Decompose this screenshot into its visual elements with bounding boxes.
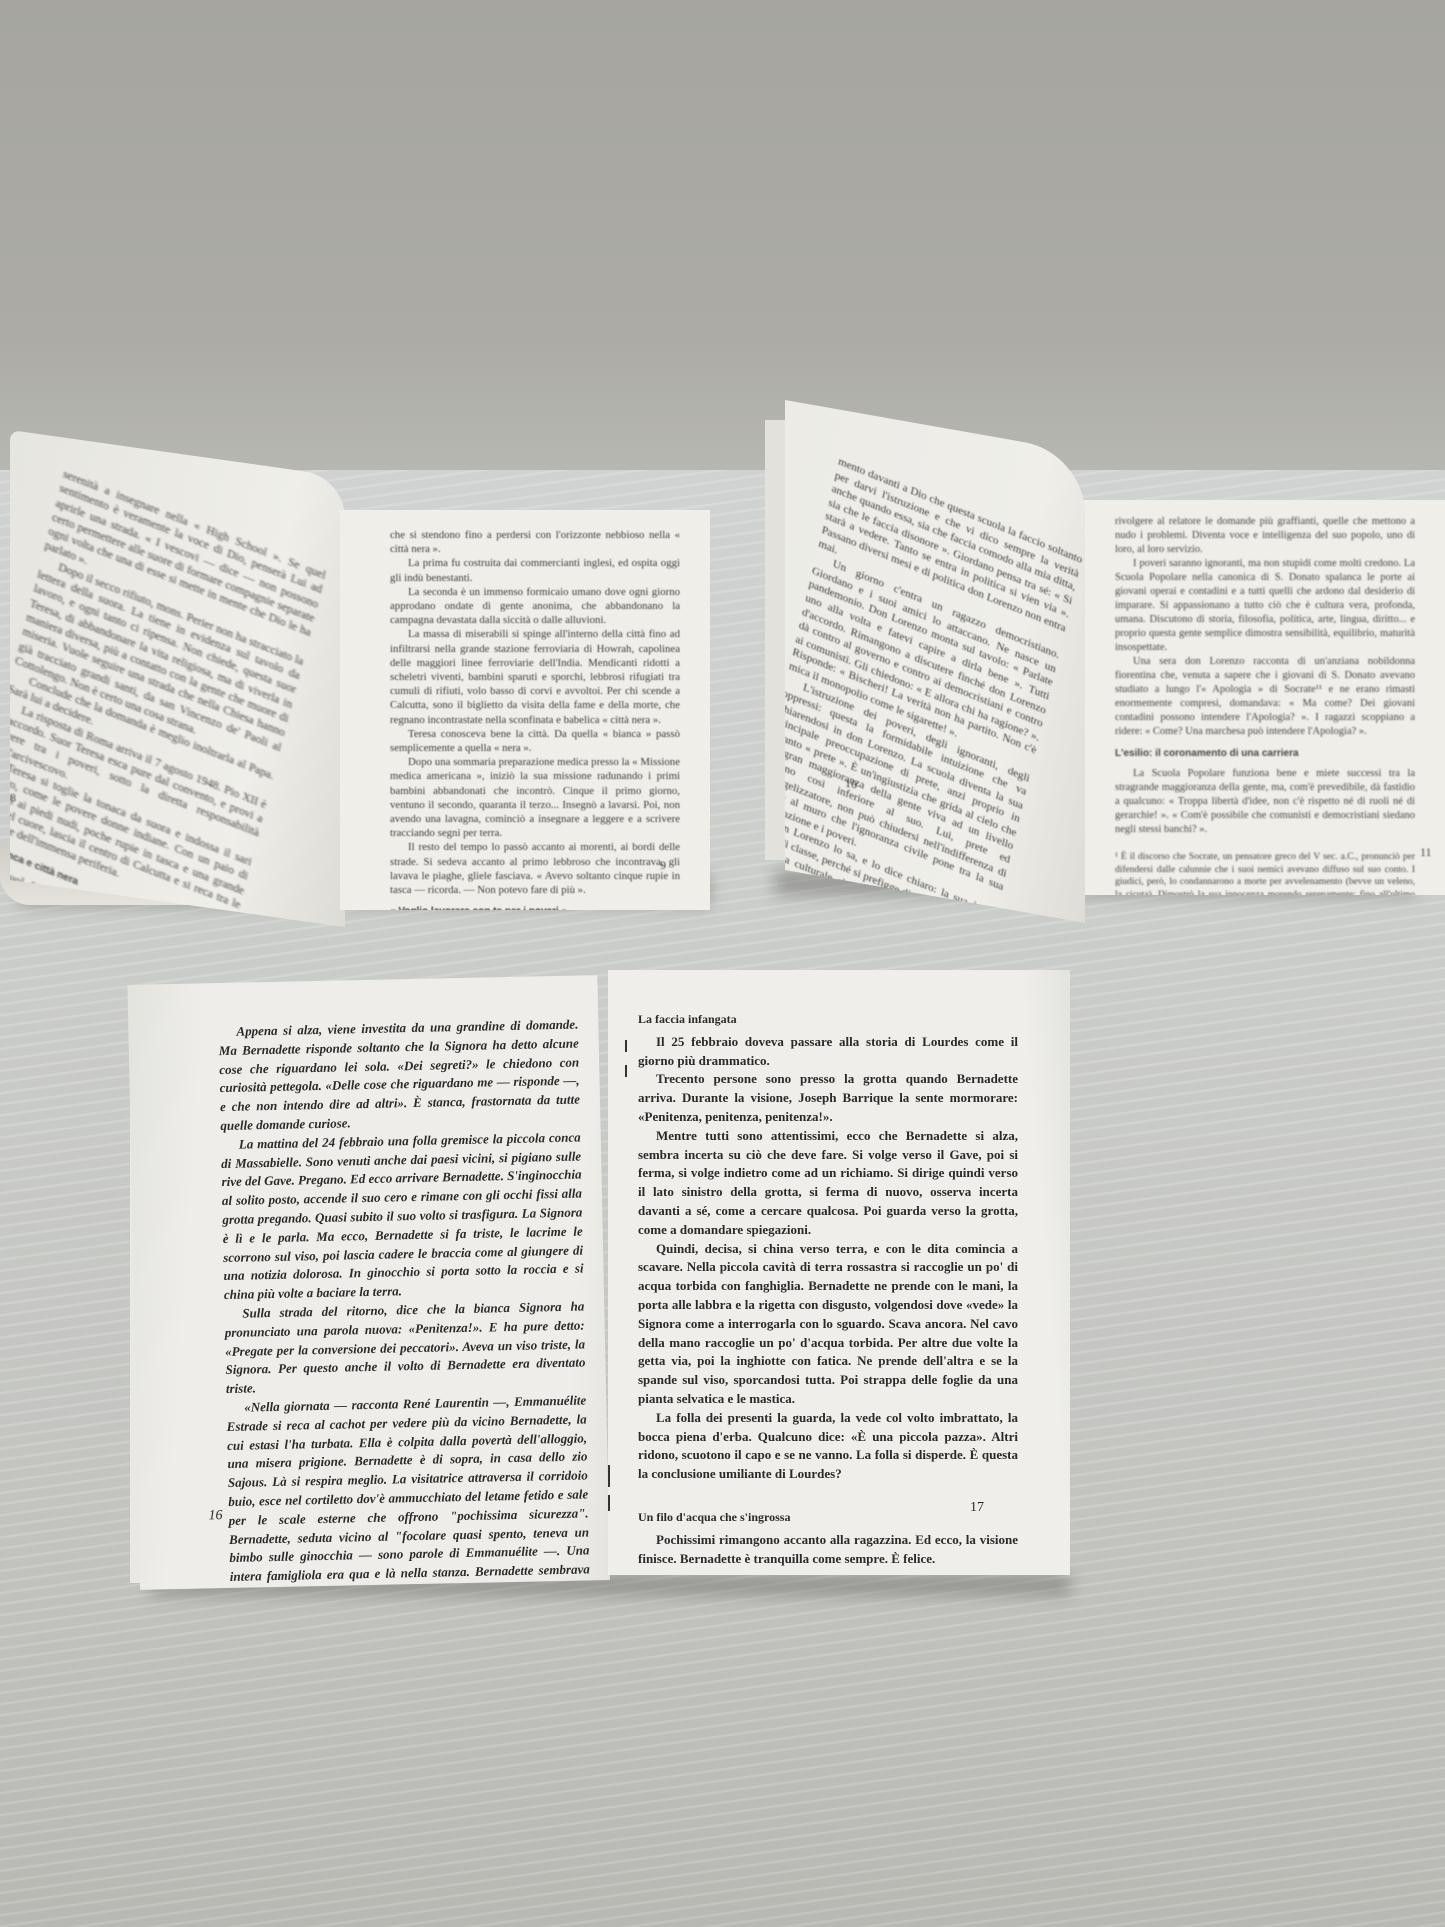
- page-right: rivolgere al relatore le domande più gra…: [1065, 500, 1445, 895]
- paragraph: Sulla strada del ritorno, dice che la bi…: [224, 1297, 586, 1399]
- section-heading: « Voglio lavorare con te per i poveri »: [390, 905, 680, 910]
- paragraph: che si stendono fino a perdersi con l'or…: [390, 528, 680, 556]
- paragraph: Pochissimi rimangono accanto alla ragazz…: [638, 1531, 1018, 1569]
- paragraph: Mentre tutti sono attentissimi, ecco che…: [638, 1127, 1018, 1240]
- paragraph: Trecento persone sono presso la grotta q…: [638, 1070, 1018, 1126]
- paragraph: La Scuola Popolare funziona bene e miete…: [1115, 767, 1415, 837]
- page-text-block: rivolgere al relatore le domande più gra…: [1115, 515, 1415, 895]
- paragraph: rivolgere al relatore le domande più gra…: [1115, 515, 1415, 557]
- paragraph: Il resto del tempo lo passò accanto ai m…: [390, 840, 680, 897]
- paragraph: Una sera don Lorenzo racconta di un'anzi…: [1115, 655, 1415, 739]
- page-right: La faccia infangata Il 25 febbraio dovev…: [608, 970, 1070, 1575]
- booklet-top-left: serenità a insegnare nella « High School…: [0, 415, 715, 910]
- page-text-block: mento davanti a Dio che questa scuola la…: [785, 455, 1084, 923]
- page-text-block: La faccia infangata Il 25 febbraio dovev…: [638, 1010, 1018, 1568]
- section-heading: Un filo d'acqua che s'ingrossa: [638, 1508, 1018, 1527]
- paragraph: Il 25 febbraio doveva passare alla stori…: [638, 1033, 1018, 1071]
- spine-staple-mark: [625, 1040, 627, 1052]
- paragraph: La prima fu costruita dai commercianti i…: [390, 556, 680, 584]
- page-number: 11: [1420, 845, 1432, 860]
- page-text-block: serenità a insegnare nella « High School…: [10, 468, 327, 927]
- page-number: 10: [845, 776, 857, 793]
- spine-staple-mark: [608, 1495, 610, 1511]
- paragraph: «Nella giornata — racconta René Laurenti…: [226, 1391, 591, 1589]
- page-number: 8: [10, 790, 16, 806]
- booklet-bottom: Appena si alza, viene investita da una g…: [130, 965, 1080, 1590]
- page-number: 16: [208, 1508, 222, 1524]
- paragraph: Appena si alza, viene investita da una g…: [218, 1016, 580, 1136]
- spine-staple-mark: [608, 1465, 610, 1487]
- page-left: Appena si alza, viene investita da una g…: [127, 975, 610, 1590]
- page-left: serenità a insegnare nella « High School…: [10, 430, 345, 927]
- paragraph: I poveri saranno ignoranti, ma non stupi…: [1115, 557, 1415, 655]
- section-heading: La faccia infangata: [638, 1010, 1018, 1029]
- paragraph: Quindi, decisa, si china verso terra, e …: [638, 1240, 1018, 1409]
- paragraph: La folla dei presenti la guarda, la vede…: [638, 1409, 1018, 1484]
- paragraph: Teresa conosceva bene la città. Da quell…: [390, 727, 680, 755]
- page-left: mento davanti a Dio che questa scuola la…: [785, 400, 1085, 923]
- paragraph: La mattina del 24 febbraio una folla gre…: [221, 1128, 584, 1305]
- page-number: 9: [660, 858, 666, 873]
- page-right: che si stendono fino a perdersi con l'or…: [340, 510, 710, 910]
- spine-staple-mark: [625, 1065, 627, 1077]
- footnote: ¹ È il discorso che Socrate, un pensator…: [1115, 851, 1415, 895]
- page-text-block: che si stendono fino a perdersi con l'or…: [390, 528, 680, 910]
- page-text-block: Appena si alza, viene investita da una g…: [218, 1016, 591, 1590]
- paragraph: La massa di miserabili si spinge all'int…: [390, 627, 680, 726]
- paragraph: La seconda è un immenso formicaio umano …: [390, 585, 680, 628]
- section-heading: L'esilio: il coronamento di una carriera: [1115, 747, 1415, 761]
- paragraph: Dopo una sommaria preparazione medica pr…: [390, 755, 680, 840]
- page-number: 17: [970, 1500, 984, 1516]
- booklet-top-right: rivolgere al relatore le domande più gra…: [765, 400, 1445, 900]
